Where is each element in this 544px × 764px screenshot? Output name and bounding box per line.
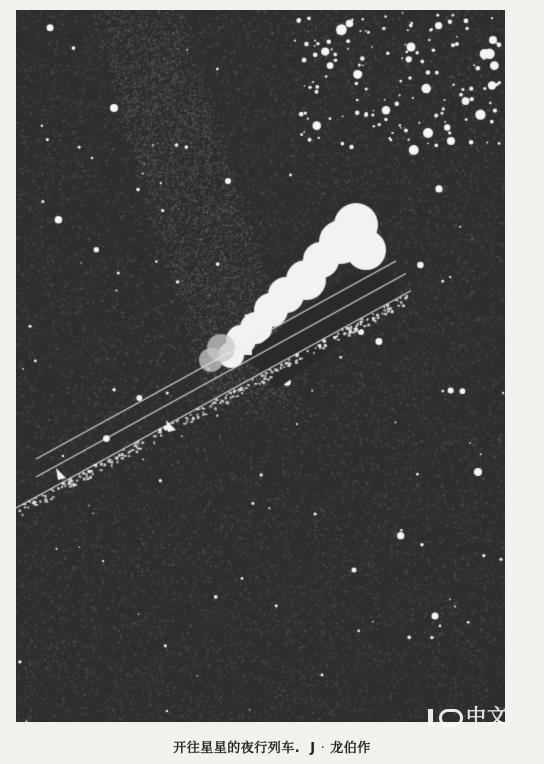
watermark-bar-icon <box>428 709 433 727</box>
illustration-plate <box>16 10 505 722</box>
night-train-illustration <box>16 10 505 722</box>
caption-author: 龙伯作 <box>330 741 371 756</box>
caption-title: 开往星星的夜行列车. <box>173 741 300 756</box>
figure-caption: 开往星星的夜行列车. J · 龙伯作 <box>0 737 544 756</box>
watermark-logo-icon <box>439 709 463 727</box>
caption-author-initial: J <box>310 741 315 756</box>
watermark: 中文 <box>428 705 544 727</box>
caption-separator: · <box>321 741 326 756</box>
watermark-text: 中文 <box>466 705 508 727</box>
